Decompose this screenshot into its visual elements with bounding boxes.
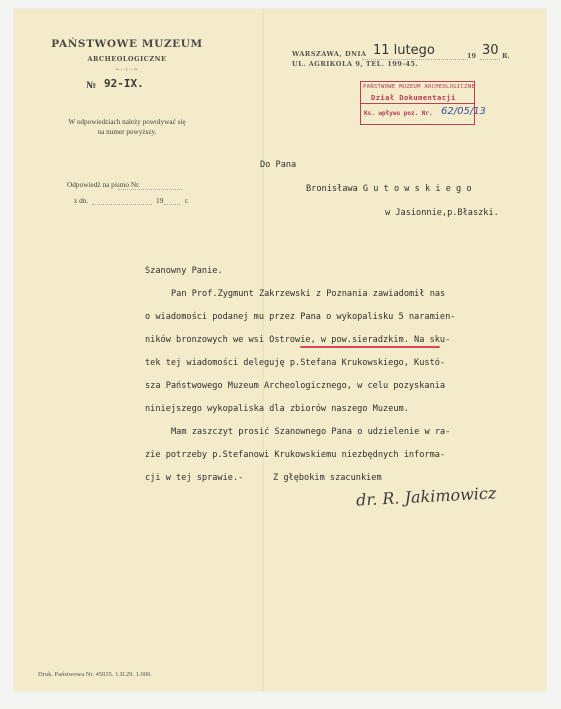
body-line: sza Państwowego Muzeum Archeologicznego,…: [145, 381, 445, 391]
stamp-institution: PAŃSTWOWE MUZEUM ARCHEOLOGICZNE: [363, 84, 475, 90]
paper-fold: [262, 9, 265, 691]
reference-note-line2: na numer powyższy.: [44, 127, 210, 137]
body-line: ników bronzowych we wsi Ostrowie, w pow.…: [145, 335, 450, 345]
greeting: Szanowny Panie.: [145, 266, 223, 276]
city-label: WARSZAWA, DNIA: [292, 50, 367, 58]
body-line: Pan Prof.Zygmunt Zakrzewski z Poznania z…: [171, 289, 445, 299]
recipient-name: Bronisława G u t o w s k i e g o: [306, 184, 472, 194]
body-line: zie potrzeby p.Stefanowi Krukowskiemu ni…: [145, 450, 445, 460]
reply-date-year: 19: [156, 196, 163, 205]
reply-reference-dotted-line: [118, 189, 182, 190]
street-address: UL. AGRIKOLA 9, TEL. 199-45.: [292, 60, 418, 68]
registry-stamp: PAŃSTWOWE MUZEUM ARCHEOLOGICZNE Dział Do…: [360, 81, 475, 125]
reference-note: W odpowiedziach należy powoływać się na …: [44, 117, 210, 137]
reply-date-dotted-line: [92, 204, 152, 205]
stamp-divider: [361, 103, 474, 104]
stamp-entry-label: Ks. wpływu poz. Nr.: [364, 110, 433, 117]
reply-date-suffix: r.: [185, 196, 189, 205]
stamp-department: Dział Dokumentacji: [371, 94, 456, 102]
institution-name: PAŃSTWOWE MUZEUM: [34, 38, 220, 50]
date-year-prefix: 19: [467, 52, 476, 60]
institution-subtitle: ARCHEOLOGICZNE: [34, 55, 220, 63]
date-day-month: 11 lutego: [373, 43, 435, 58]
body-line: tek tej wiadomości deleguję p.Stefana Kr…: [145, 358, 445, 368]
stamp-handwritten-number: 62/05/13: [441, 106, 486, 117]
recipient-location: w Jasionnie,p.Błaszki.: [385, 208, 499, 218]
year-dotted-line: [480, 59, 500, 60]
closing: Z głębokim szacunkiem: [273, 473, 382, 483]
reply-reference-label: Odpowiedź na pismo Nr.: [67, 180, 140, 189]
body-line: niniejszego wykopaliska dla zbiorów nasz…: [145, 404, 409, 414]
reply-year-dotted-line: [164, 204, 180, 205]
date-year-abbrev: R.: [502, 52, 510, 60]
red-underline: [300, 346, 440, 348]
recipient-salutation: Do Pana: [260, 160, 296, 170]
reference-note-line1: W odpowiedziach należy powoływać się: [44, 117, 210, 127]
body-line: Mam zaszczyt prosić Szanownego Pana o ud…: [171, 427, 450, 437]
number-prefix: №: [86, 81, 96, 91]
body-line: cji w tej sprawie.-: [145, 473, 243, 483]
reference-number: 92-IX.: [104, 77, 144, 90]
body-line: o wiadomości podanej mu przez Pana o wyk…: [145, 312, 455, 322]
ornament-icon: ~·⁘·~: [105, 66, 149, 74]
date-year-suffix: 30: [482, 43, 499, 58]
reply-date-label: z dn.: [74, 196, 88, 205]
print-info: Druk. Państwowa Nr. 45035. 1.II.29. 1.00…: [38, 671, 152, 678]
